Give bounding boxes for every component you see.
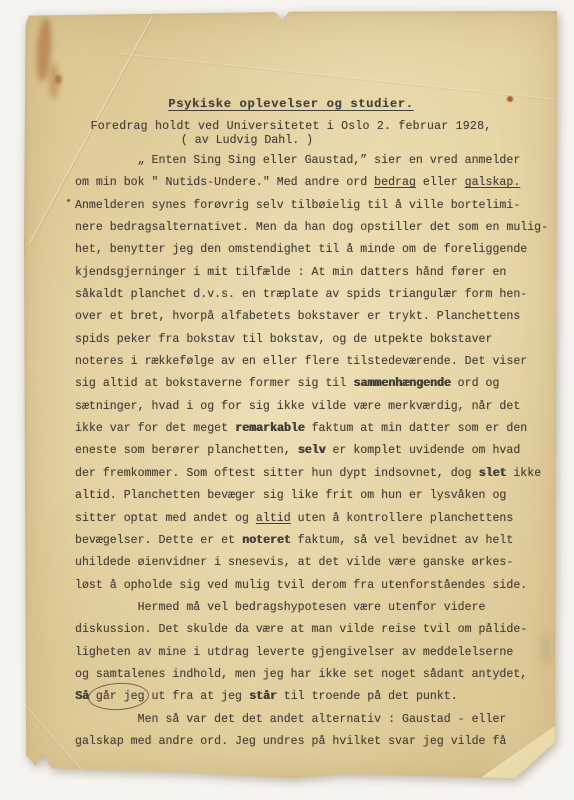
text-segment: om min bok " Nutids-Undere." Med andre o… bbox=[75, 176, 374, 189]
text-segment: ikke var for det meget bbox=[75, 422, 235, 435]
text-segment: diskussion. Det skulde da være at man vi… bbox=[75, 623, 527, 636]
text-line: løst å opholde sig ved mulig tvil derom … bbox=[75, 575, 548, 597]
text-line: uhildede øienvidner i snesevis, at det v… bbox=[75, 552, 548, 574]
text-segment: eneste som berører planchetten, bbox=[75, 444, 298, 457]
text-segment: er komplet uvidende om hvad bbox=[325, 444, 520, 457]
fold-crease-top bbox=[119, 53, 562, 102]
text-line: galskap med andre ord. Jeg undres på hvi… bbox=[75, 731, 548, 753]
text-segment: ut fra at jeg bbox=[145, 690, 249, 703]
text-segment: nere bedragsalternativet. Men da han dog… bbox=[75, 221, 548, 234]
text-segment: uten å kontrollere planchettens bbox=[291, 512, 514, 525]
text-segment: til troende på det punkt. bbox=[277, 690, 458, 703]
text-line: noteres i rækkefølge av en eller flere t… bbox=[75, 351, 548, 373]
text-segment: står bbox=[249, 690, 277, 703]
text-segment: sitter optat med andet og bbox=[75, 512, 256, 525]
text-line: og samtalenes indhold, men jeg har ikke … bbox=[75, 664, 548, 686]
text-segment: faktum, så vel bevidnet av helt bbox=[291, 534, 514, 547]
text-line: der fremkommer. Som oftest sitter hun dy… bbox=[75, 463, 548, 485]
text-line: ikke var for det meget remarkable faktum… bbox=[75, 418, 548, 440]
rust-stain bbox=[55, 75, 62, 84]
text-segment: faktum at min datter som er den bbox=[305, 422, 528, 435]
text-line: kjendsgjerninger i mit tilfælde : At min… bbox=[75, 262, 548, 284]
text-line: Så går jeg ut fra at jeg står til troend… bbox=[75, 686, 548, 708]
text-segment: løst å opholde sig ved mulig tvil derom … bbox=[75, 579, 527, 592]
text-segment: over et bret, hvorpå alfabetets bokstave… bbox=[75, 310, 520, 323]
text-line: spids peker fra bokstav til bokstav, og … bbox=[75, 329, 548, 351]
text-segment: sætninger, hvad i og for sig ikke vilde … bbox=[75, 400, 520, 413]
text-line: over et bret, hvorpå alfabetets bokstave… bbox=[75, 306, 548, 328]
text-segment: „ Enten Sing Sing eller Gaustad,” sier e… bbox=[75, 154, 520, 167]
text-segment: het, benytter jeg den omstendighet til å… bbox=[75, 243, 527, 256]
text-line: nere bedragsalternativet. Men da han dog… bbox=[75, 217, 548, 239]
text-line: altid. Planchetten bevæger sig like frit… bbox=[75, 485, 548, 507]
text-line: het, benytter jeg den omstendighet til å… bbox=[75, 239, 548, 261]
paper-shadow-wrapper: Psykiske oplevelser og studier. Foredrag… bbox=[0, 0, 574, 800]
text-segment: galskap med andre ord. Jeg undres på hvi… bbox=[75, 735, 506, 748]
document-title: Psykiske oplevelser og studier. bbox=[24, 97, 558, 111]
text-line: Hermed må vel bedragshypotesen være uten… bbox=[75, 597, 548, 619]
text-line: såkaldt planchet d.v.s. en træplate av s… bbox=[75, 284, 548, 306]
text-segment: kjendsgjerninger i mit tilfælde : At min… bbox=[75, 266, 506, 279]
text-line: sætninger, hvad i og for sig ikke vilde … bbox=[75, 396, 548, 418]
text-segment: der fremkommer. Som oftest sitter hun dy… bbox=[75, 467, 479, 480]
text-line: diskussion. Det skulde da være at man vi… bbox=[75, 619, 548, 641]
document-subtitle: Foredrag holdt ved Universitetet i Oslo … bbox=[24, 120, 558, 133]
text-line: ligheten av mine i utdrag leverte gjengi… bbox=[75, 642, 548, 664]
text-segment: ligheten av mine i utdrag leverte gjengi… bbox=[75, 646, 513, 659]
text-segment: og samtalenes indhold, men jeg har ikke … bbox=[75, 668, 527, 681]
text-line: „ Enten Sing Sing eller Gaustad,” sier e… bbox=[75, 150, 548, 172]
text-segment: selv bbox=[298, 444, 326, 457]
text-segment: sig altid at bokstaverne former sig til bbox=[75, 377, 353, 390]
text-segment: altid bbox=[256, 512, 291, 525]
document-body: „ Enten Sing Sing eller Gaustad,” sier e… bbox=[75, 150, 548, 753]
text-line: eneste som berører planchetten, selv er … bbox=[75, 440, 548, 462]
document-page: Psykiske oplevelser og studier. Foredrag… bbox=[24, 11, 558, 779]
ink-dot bbox=[67, 199, 70, 202]
text-line: Men så var det det andet alternativ : Ga… bbox=[75, 709, 548, 731]
text-segment: Anmelderen synes forøvrig selv tilbøieli… bbox=[75, 199, 520, 212]
text-line: sitter optat med andet og altid uten å k… bbox=[75, 508, 548, 530]
text-line: om min bok " Nutids-Undere." Med andre o… bbox=[75, 172, 548, 194]
text-line: sig altid at bokstaverne former sig til … bbox=[75, 373, 548, 395]
scan-background: { "colors": { "background": "#f6f4f0", "… bbox=[0, 0, 574, 800]
text-segment: eller bbox=[416, 176, 465, 189]
text-segment: altid. Planchetten bevæger sig like frit… bbox=[75, 489, 506, 502]
text-segment: Hermed må vel bedragshypotesen være uten… bbox=[75, 601, 486, 614]
text-segment: bedrag bbox=[374, 176, 416, 189]
text-segment: slet bbox=[479, 467, 507, 480]
text-segment: noteres i rækkefølge av en eller flere t… bbox=[75, 355, 527, 368]
document-byline: ( av Ludvig Dahl. ) bbox=[0, 134, 514, 147]
text-segment: remarkable bbox=[235, 422, 305, 435]
text-segment: såkaldt planchet d.v.s. en træplate av s… bbox=[75, 288, 527, 301]
text-segment: Så bbox=[75, 690, 89, 703]
text-segment: Men så var det det andet alternativ : Ga… bbox=[75, 713, 506, 726]
text-segment: ikke bbox=[506, 467, 541, 480]
text-segment: ord og bbox=[451, 377, 500, 390]
pencil-circle-annotation: går jeg bbox=[96, 686, 145, 708]
text-segment: spids peker fra bokstav til bokstav, og … bbox=[75, 333, 492, 346]
text-line: Anmelderen synes forøvrig selv tilbøieli… bbox=[75, 195, 548, 217]
text-segment: noteret bbox=[242, 534, 291, 547]
text-segment: sammenhængende bbox=[353, 377, 450, 390]
text-segment: uhildede øienvidner i snesevis, at det v… bbox=[75, 556, 513, 569]
text-line: bevægelser. Dette er et noteret faktum, … bbox=[75, 530, 548, 552]
text-segment: bevægelser. Dette er et bbox=[75, 534, 242, 547]
text-segment: galskap. bbox=[465, 176, 521, 189]
